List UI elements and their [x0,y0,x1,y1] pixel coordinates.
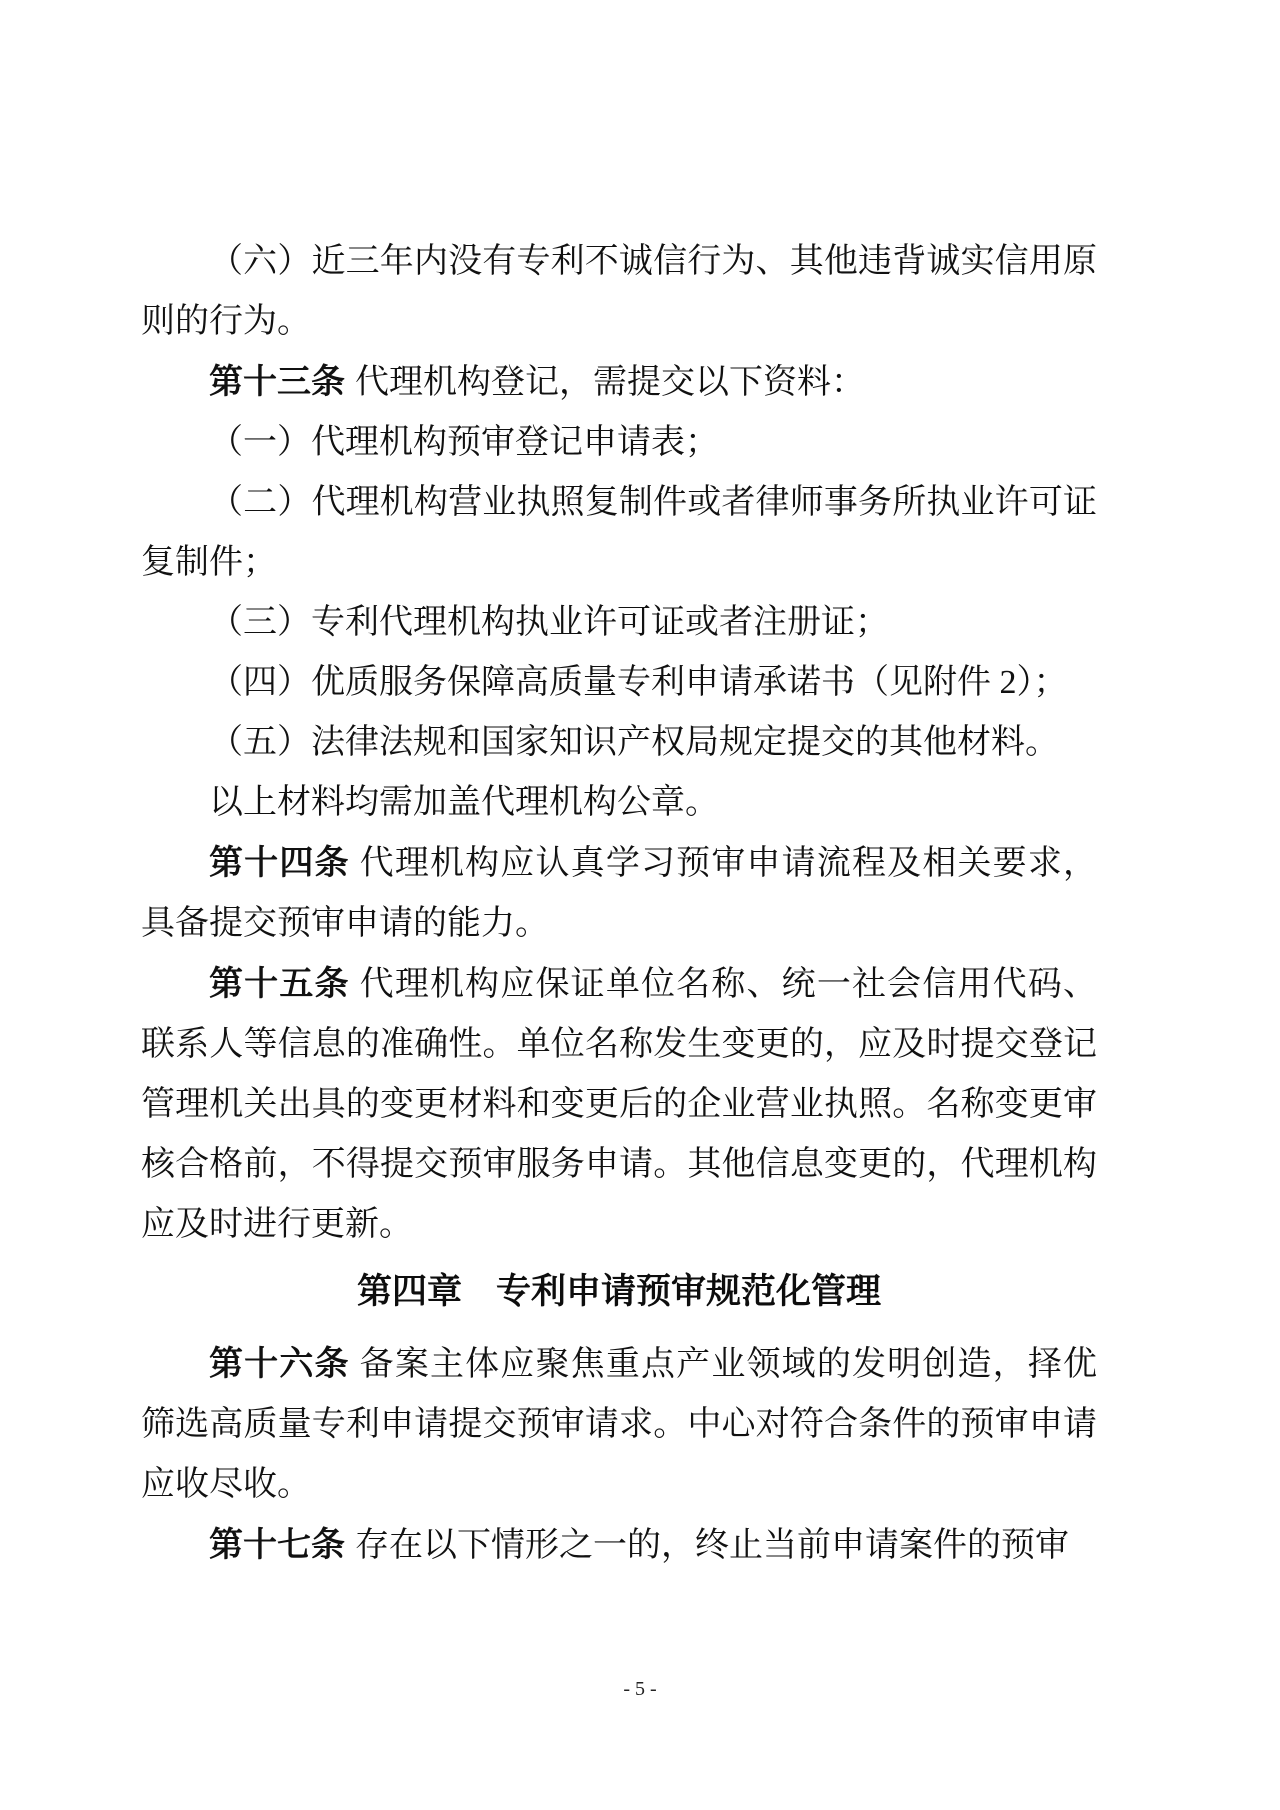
paragraph-text: （四）优质服务保障高质量专利申请承诺书（见附件 2）； [209,664,1068,701]
article-number: 第十五条 [209,965,350,1003]
paragraph-text: （三）专利代理机构执业许可证或者注册证； [209,604,889,641]
paragraph: （五）法律法规和国家知识产权局规定提交的其他材料。 [141,713,1097,773]
chapter-title: 专利申请预审规范化管理 [496,1272,881,1311]
paragraph: （三）专利代理机构执业许可证或者注册证； [141,593,1097,653]
paragraph: 以上材料均需加盖代理机构公章。 [141,773,1097,833]
paragraph-text: （六）近三年内没有专利不诚信行为、其他违背诚实信用原则的行为。 [141,243,1097,340]
page-number: - 5 - [0,1678,1280,1701]
page-body: （六）近三年内没有专利不诚信行为、其他违背诚实信用原则的行为。 第十三条代理机构… [141,232,1097,1576]
paragraph: （一）代理机构预审登记申请表； [141,413,1097,473]
paragraph-text: 代理机构应保证单位名称、统一社会信用代码、联系人等信息的准确性。单位名称发生变更… [141,966,1097,1243]
paragraph: （四）优质服务保障高质量专利申请承诺书（见附件 2）； [141,653,1097,713]
paragraph: 第十四条代理机构应认真学习预审申请流程及相关要求，具备提交预审申请的能力。 [141,833,1097,954]
paragraph-text: （二）代理机构营业执照复制件或者律师事务所执业许可证复制件； [141,484,1097,581]
paragraph-text: 以上材料均需加盖代理机构公章。 [209,784,719,821]
paragraph: 第十七条存在以下情形之一的，终止当前申请案件的预审 [141,1515,1097,1576]
article-number: 第十四条 [209,844,350,882]
paragraph-text: 代理机构登记，需提交以下资料： [355,364,865,401]
chapter-number: 第四章 [357,1272,462,1311]
paragraph: 第十三条代理机构登记，需提交以下资料： [141,352,1097,413]
article-number: 第十三条 [209,363,345,401]
article-number: 第十六条 [209,1345,350,1383]
paragraph-text: 存在以下情形之一的，终止当前申请案件的预审 [355,1527,1069,1564]
paragraph: 第十六条备案主体应聚焦重点产业领域的发明创造，择优筛选高质量专利申请提交预审请求… [141,1334,1097,1515]
article-number: 第十七条 [209,1526,345,1564]
chapter-heading: 第四章专利申请预审规范化管理 [141,1262,1097,1322]
paragraph: （六）近三年内没有专利不诚信行为、其他违背诚实信用原则的行为。 [141,232,1097,352]
paragraph-text: （五）法律法规和国家知识产权局规定提交的其他材料。 [209,724,1059,761]
paragraph: （二）代理机构营业执照复制件或者律师事务所执业许可证复制件； [141,473,1097,593]
document-page: { "doc": { "paragraphs_before_heading": … [0,0,1280,1810]
paragraph: 第十五条代理机构应保证单位名称、统一社会信用代码、联系人等信息的准确性。单位名称… [141,954,1097,1255]
paragraph-text: （一）代理机构预审登记申请表； [209,424,719,461]
